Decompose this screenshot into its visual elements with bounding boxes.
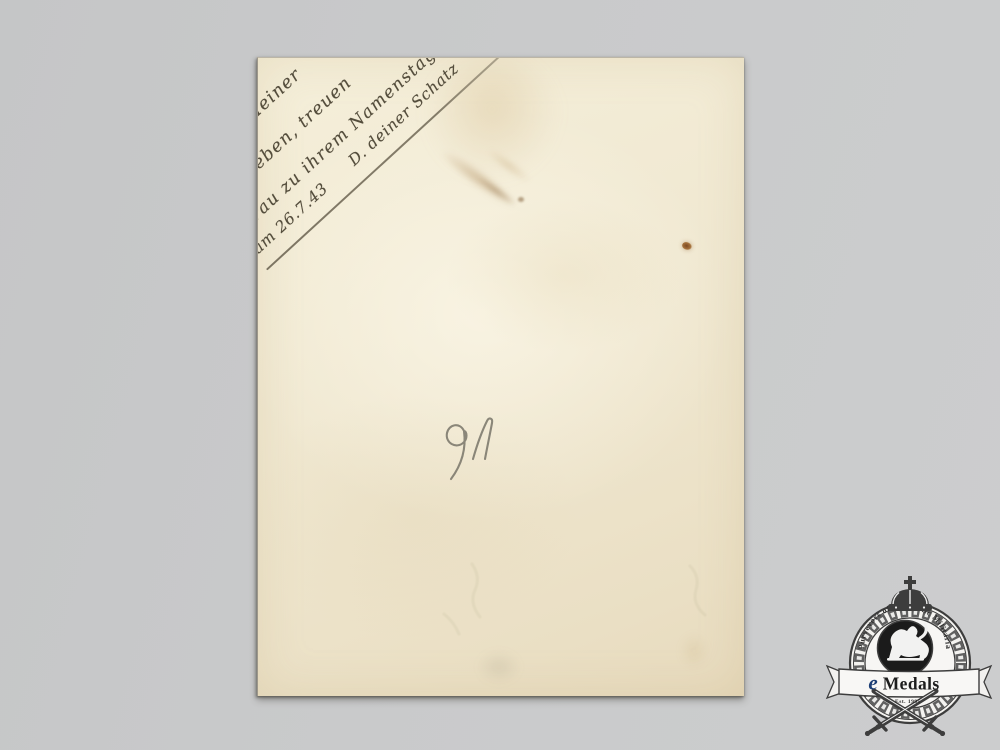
pencil-mark <box>436 406 496 486</box>
emedals-watermark-logo: Purveyors of Authentic Militaria <box>824 574 994 736</box>
crown-icon <box>888 576 932 611</box>
lion-medallion <box>878 621 933 676</box>
brand-e: e <box>868 671 877 695</box>
product-photo-scene: Meiner lieben, treuen Frau zu ihrem Name… <box>0 0 1000 750</box>
established-text: Est. 1995 <box>895 699 921 705</box>
photo-reverse-paper: Meiner lieben, treuen Frau zu ihrem Name… <box>257 57 744 696</box>
brand-medals: Medals <box>883 674 940 694</box>
